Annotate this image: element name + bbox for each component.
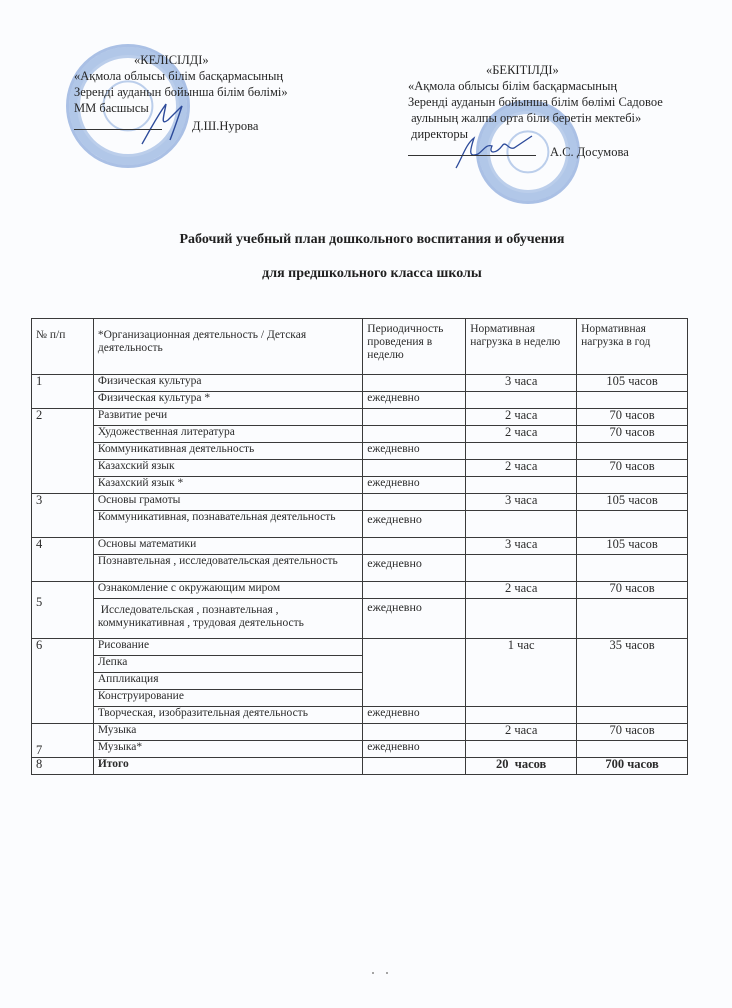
activity-cell: Исследовательская , познавтельная , комм…	[93, 599, 362, 639]
activity-cell: Творческая, изобразительная деятельность	[93, 707, 362, 724]
activity-cell: Лепка	[93, 656, 362, 673]
row-number: 1	[32, 375, 94, 409]
table-row-total: 8 Итого 20 часов 700 часов	[32, 758, 688, 775]
activity-cell: Аппликация	[93, 673, 362, 690]
activity-cell: Музыка	[93, 724, 362, 741]
weekly-load-cell: 3 часа	[466, 538, 577, 555]
approval-block-approved: «БЕКІТІЛДІ» «Ақмола облысы білім басқарм…	[408, 62, 663, 160]
weekly-load-cell	[466, 392, 577, 409]
document-subtitle: для предшкольного класса школы	[0, 266, 732, 282]
weekly-load-cell	[466, 741, 577, 758]
table-row: Казахский язык 2 часа 70 часов	[32, 460, 688, 477]
activity-cell: Рисование	[93, 639, 362, 656]
frequency-cell: ежедневно	[363, 599, 466, 639]
approval-title: «КЕЛІСІЛДІ»	[74, 52, 288, 68]
frequency-cell	[363, 758, 466, 775]
weekly-load-cell: 2 часа	[466, 409, 577, 426]
activity-cell: Конструирование	[93, 690, 362, 707]
frequency-value: ежедневно	[367, 599, 461, 614]
row-number: 4	[32, 538, 94, 582]
frequency-cell	[363, 582, 466, 599]
row-number: 6	[32, 639, 94, 724]
activity-cell: Физическая культура	[93, 375, 362, 392]
yearly-load-cell	[577, 392, 688, 409]
table-row: 5 Ознакомление с окружающим миром 2 часа…	[32, 582, 688, 599]
frequency-cell: ежедневно	[363, 555, 466, 582]
activity-cell: Физическая культура *	[93, 392, 362, 409]
frequency-value: ежедневно	[367, 511, 461, 526]
weekly-load-cell	[466, 511, 577, 538]
activity-cell: Коммуникативная, познавательная деятельн…	[93, 511, 362, 538]
activity-cell: Основы грамоты	[93, 494, 362, 511]
header-weekly-load: Нормативная нагрузка в неделю	[466, 319, 577, 375]
activity-cell: Казахский язык *	[93, 477, 362, 494]
approval-line: «Ақмола облысы білім басқармасының	[74, 68, 288, 84]
frequency-cell	[363, 494, 466, 511]
approval-line: Зеренді ауданын бойынша білім бөлімі Сад…	[408, 94, 663, 110]
frequency-cell	[363, 375, 466, 392]
weekly-load-cell: 2 часа	[466, 582, 577, 599]
table-row: 3 Основы грамоты 3 часа 105 часов	[32, 494, 688, 511]
approval-line: директоры	[408, 126, 663, 142]
signature-line	[74, 128, 162, 130]
table-row: Музыка* ежедневно	[32, 741, 688, 758]
table-row: 1 Физическая культура 3 часа 105 часов	[32, 375, 688, 392]
frequency-cell: ежедневно	[363, 477, 466, 494]
activity-cell: Развитие речи	[93, 409, 362, 426]
row-number: 3	[32, 494, 94, 538]
frequency-cell	[363, 460, 466, 477]
activity-cell: Основы математики	[93, 538, 362, 555]
yearly-load-cell	[577, 477, 688, 494]
signatory-name: А.С. Досумова	[550, 144, 629, 160]
yearly-load-cell	[577, 511, 688, 538]
table-row: Исследовательская , познавтельная , комм…	[32, 599, 688, 639]
approval-title: «БЕКІТІЛДІ»	[408, 62, 663, 78]
table-row: Художественная литература 2 часа 70 часо…	[32, 426, 688, 443]
document-title: Рабочий учебный план дошкольного воспита…	[0, 232, 732, 248]
frequency-cell	[363, 409, 466, 426]
activity-cell: Казахский язык	[93, 460, 362, 477]
weekly-load-cell: 2 часа	[466, 426, 577, 443]
frequency-cell: ежедневно	[363, 443, 466, 460]
row-number: 5	[32, 582, 94, 639]
yearly-load-cell: 35 часов	[577, 639, 688, 707]
frequency-cell: ежедневно	[363, 511, 466, 538]
weekly-load-cell: 3 часа	[466, 494, 577, 511]
table-row: Физическая культура * ежедневно	[32, 392, 688, 409]
row-number: 8	[32, 758, 94, 775]
frequency-cell: ежедневно	[363, 392, 466, 409]
activity-cell: Итого	[93, 758, 362, 775]
weekly-load-cell	[466, 599, 577, 639]
activity-cell: Музыка*	[93, 741, 362, 758]
approval-line: ММ басшысы	[74, 100, 288, 116]
frequency-cell	[363, 724, 466, 741]
table-row: 6 Рисование 1 час 35 часов	[32, 639, 688, 656]
frequency-cell: ежедневно	[363, 707, 466, 724]
yearly-load-cell	[577, 707, 688, 724]
frequency-cell: ежедневно	[363, 741, 466, 758]
yearly-load-cell: 70 часов	[577, 426, 688, 443]
yearly-load-total: 700 часов	[577, 758, 688, 775]
table-row: Коммуникативная, познавательная деятельн…	[32, 511, 688, 538]
yearly-load-cell: 70 часов	[577, 724, 688, 741]
row-number: 7	[32, 724, 94, 758]
weekly-load-cell	[466, 443, 577, 460]
activity-cell: Познавтельная , исследовательская деятел…	[93, 555, 362, 582]
header-yearly-load: Нормативная нагрузка в год	[577, 319, 688, 375]
weekly-load-cell: 2 часа	[466, 724, 577, 741]
row-number: 2	[32, 409, 94, 494]
approval-line: аулының жалпы орта біли беретін мектебі»	[408, 110, 663, 126]
signatory-name: Д.Ш.Нурова	[192, 118, 258, 134]
yearly-load-cell: 70 часов	[577, 409, 688, 426]
activity-cell: Коммуникативная деятельность	[93, 443, 362, 460]
yearly-load-cell: 105 часов	[577, 538, 688, 555]
activity-cell: Художественная литература	[93, 426, 362, 443]
frequency-cell	[363, 426, 466, 443]
weekly-load-cell: 2 часа	[466, 460, 577, 477]
header-number: № п/п	[32, 319, 94, 375]
frequency-cell	[363, 639, 466, 707]
weekly-load-cell	[466, 707, 577, 724]
approval-line: Зеренді ауданын бойынша білім бөлімі»	[74, 84, 288, 100]
activity-cell: Ознакомление с окружающим миром	[93, 582, 362, 599]
table-row: Познавтельная , исследовательская деятел…	[32, 555, 688, 582]
yearly-load-cell: 70 часов	[577, 582, 688, 599]
table-row: Коммуникативная деятельность ежедневно	[32, 443, 688, 460]
frequency-value: ежедневно	[367, 555, 461, 570]
header-frequency: Периодичность проведения в неделю	[363, 319, 466, 375]
table-row: Творческая, изобразительная деятельность…	[32, 707, 688, 724]
yearly-load-cell: 105 часов	[577, 494, 688, 511]
table-header-row: № п/п *Организационная деятельность / Де…	[32, 319, 688, 375]
weekly-load-cell	[466, 477, 577, 494]
yearly-load-cell: 70 часов	[577, 460, 688, 477]
weekly-load-cell: 3 часа	[466, 375, 577, 392]
yearly-load-cell: 105 часов	[577, 375, 688, 392]
yearly-load-cell	[577, 599, 688, 639]
yearly-load-cell	[577, 443, 688, 460]
yearly-load-cell	[577, 555, 688, 582]
table-row: 2 Развитие речи 2 часа 70 часов	[32, 409, 688, 426]
weekly-load-cell	[466, 555, 577, 582]
scan-speck	[372, 972, 374, 974]
table-row: Казахский язык * ежедневно	[32, 477, 688, 494]
scan-speck	[386, 972, 388, 974]
approval-block-agreed: «КЕЛІСІЛДІ» «Ақмола облысы білім басқарм…	[74, 52, 288, 134]
yearly-load-cell	[577, 741, 688, 758]
curriculum-table: № п/п *Организационная деятельность / Де…	[31, 318, 688, 775]
table-row: 7 Музыка 2 часа 70 часов	[32, 724, 688, 741]
weekly-load-total: 20 часов	[466, 758, 577, 775]
approval-line: «Ақмола облысы білім басқармасының	[408, 78, 663, 94]
table-row: 4 Основы математики 3 часа 105 часов	[32, 538, 688, 555]
header-activity: *Организационная деятельность / Детская …	[93, 319, 362, 375]
weekly-load-cell: 1 час	[466, 639, 577, 707]
signature-line	[408, 154, 536, 156]
frequency-cell	[363, 538, 466, 555]
